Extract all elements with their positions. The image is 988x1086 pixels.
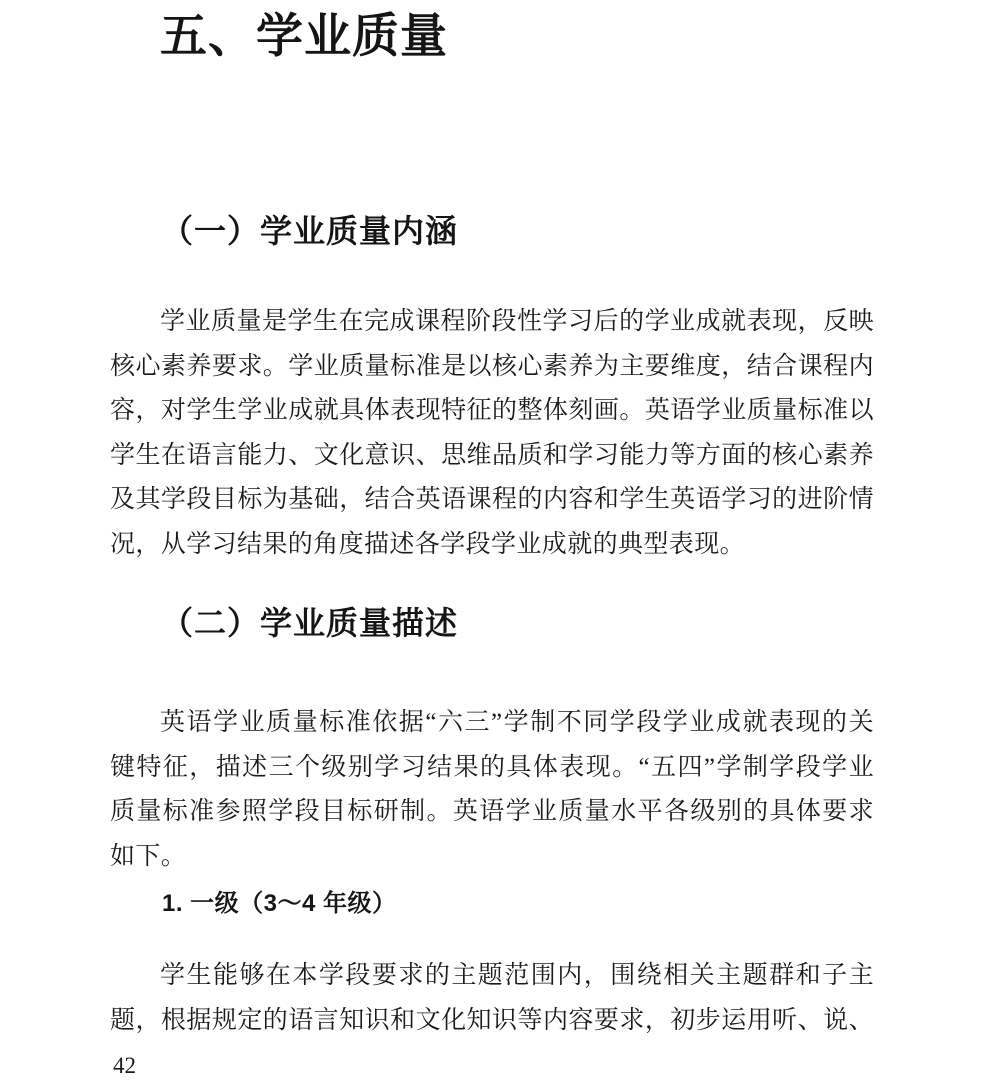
section-heading-quality-description: （二）学业质量描述 xyxy=(161,604,458,642)
document-page: 五、学业质量 （一）学业质量内涵 学业质量是学生在完成课程阶段性学习后的学业成就… xyxy=(0,0,988,1086)
subheading-level-1-grades-3-4: 1. 一级（3～4 年级） xyxy=(162,888,397,919)
text-line: 及其学段目标为基础，结合英语课程的内容和学生英语学习的进阶情 xyxy=(110,478,874,523)
text-line: 学生能够在本学段要求的主题范围内，围绕相关主题群和子主 xyxy=(110,954,874,999)
text-line: 质量标准参照学段目标研制。英语学业质量水平各级别的具体要求 xyxy=(110,790,874,835)
page-title: 五、学业质量 xyxy=(160,10,448,64)
text-line: 题，根据规定的语言知识和文化知识等内容要求，初步运用听、说、 xyxy=(110,999,874,1044)
text-line: 学生在语言能力、文化意识、思维品质和学习能力等方面的核心素养 xyxy=(110,434,874,479)
paragraph-level-1-description: 学生能够在本学段要求的主题范围内，围绕相关主题群和子主题，根据规定的语言知识和文… xyxy=(110,954,874,1043)
text-line: 英语学业质量标准依据“六三”学制不同学段学业成就表现的关 xyxy=(110,701,874,746)
text-line: 容，对学生学业成就具体表现特征的整体刻画。英语学业质量标准以 xyxy=(110,389,874,434)
text-line: 学业质量是学生在完成课程阶段性学习后的学业成就表现，反映 xyxy=(110,300,874,345)
page-number: 42 xyxy=(113,1052,136,1080)
paragraph-quality-connotation: 学业质量是学生在完成课程阶段性学习后的学业成就表现，反映核心素养要求。学业质量标… xyxy=(110,300,874,568)
text-line: 键特征，描述三个级别学习结果的具体表现。“五四”学制学段学业 xyxy=(110,746,874,791)
text-line: 况，从学习结果的角度描述各学段学业成就的典型表现。 xyxy=(110,523,874,568)
text-line: 如下。 xyxy=(110,835,874,880)
paragraph-quality-description: 英语学业质量标准依据“六三”学制不同学段学业成就表现的关键特征，描述三个级别学习… xyxy=(110,701,874,879)
text-line: 核心素养要求。学业质量标准是以核心素养为主要维度，结合课程内 xyxy=(110,345,874,390)
section-heading-quality-connotation: （一）学业质量内涵 xyxy=(161,212,458,250)
